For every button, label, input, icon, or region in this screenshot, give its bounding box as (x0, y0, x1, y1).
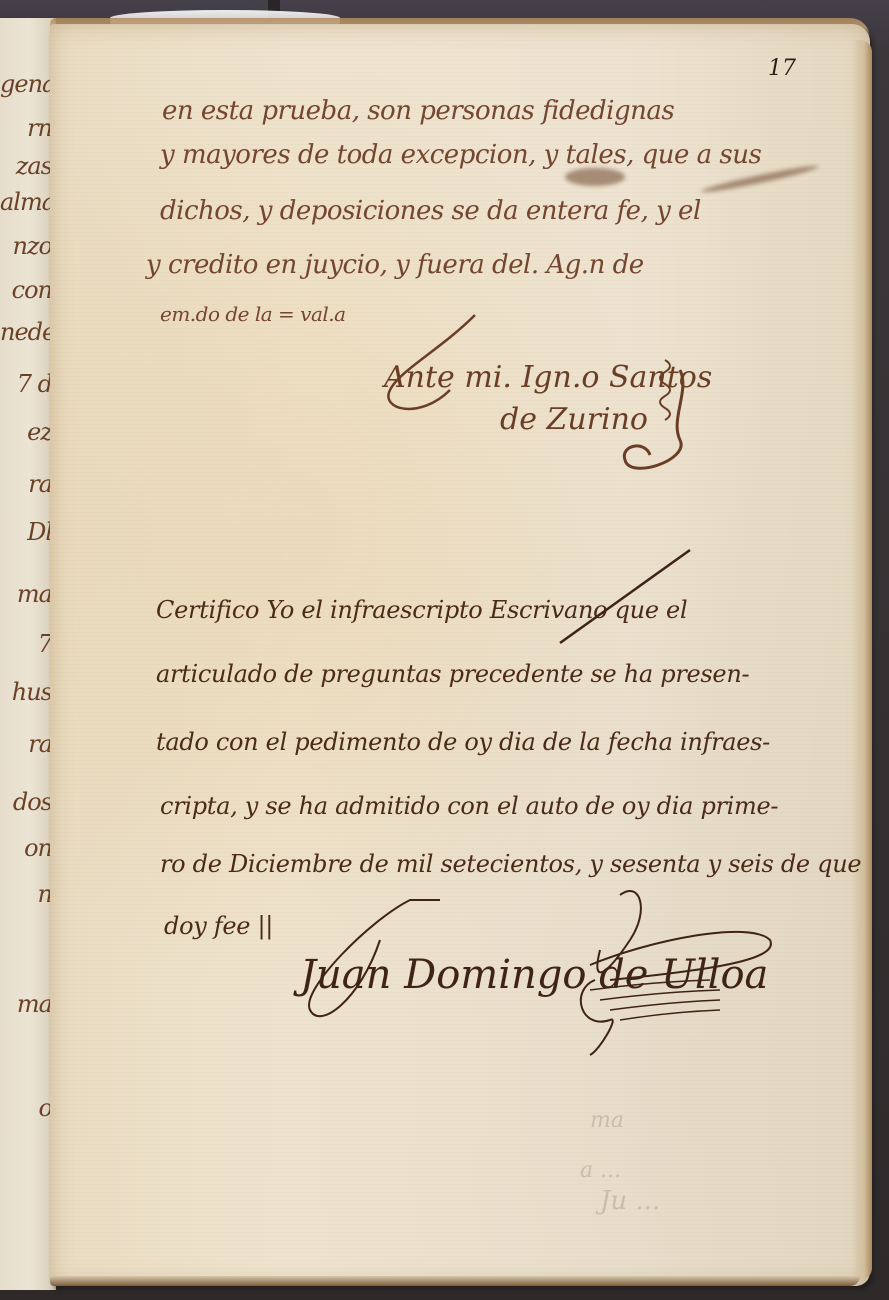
text-line: y credito en juycio, y fuera del. Ag.n d… (146, 250, 644, 280)
facing-page-text: nede (0, 318, 54, 346)
facing-page-text: ma (0, 990, 54, 1018)
signature-rubric-icon (290, 880, 790, 1060)
facing-page: gena rn zas alma nzo con nede 7 d ez ra … (0, 18, 56, 1290)
facing-page-text: gena (0, 70, 54, 98)
facing-page-text: hus (0, 678, 54, 706)
bleed-through-text: a ... (580, 1158, 621, 1183)
facing-page-text: on (0, 834, 54, 862)
bleed-through-text: Ju ... (600, 1186, 660, 1216)
text-line: dichos, y deposiciones se da entera fe, … (160, 196, 701, 226)
bleed-through-text: ma (590, 1108, 624, 1133)
facing-page-text: n (0, 880, 54, 908)
folio-bottom-edge (50, 1276, 860, 1286)
folio-right-edge (852, 40, 872, 1280)
manuscript-scene: gena rn zas alma nzo con nede 7 d ez ra … (0, 0, 889, 1300)
text-line: articulado de preguntas precedente se ha… (156, 660, 749, 688)
facing-page-text: 7 d (0, 370, 54, 398)
facing-page-text: con (0, 276, 54, 304)
facing-page-text: ra (0, 470, 54, 498)
signature-flourish-icon (380, 310, 710, 490)
facing-page-text: ra (0, 730, 54, 758)
facing-page-text: rn (0, 114, 54, 142)
facing-page-text: zas (0, 152, 54, 180)
facing-page-text: 7 (0, 630, 54, 658)
facing-page-text: dos (0, 788, 54, 816)
text-line: tado con el pedimento de oy dia de la fe… (156, 728, 770, 756)
facing-page-text: o (0, 1094, 54, 1122)
facing-page-text: nzo (0, 232, 54, 260)
text-line: en esta prueba, son personas fidedignas (162, 96, 674, 126)
strike-stroke-icon (540, 548, 700, 648)
facing-page-text: Dl (0, 518, 54, 546)
page-number: 17 (768, 56, 796, 81)
text-line: em.do de la = val.a (160, 302, 346, 326)
text-line: ro de Diciembre de mil setecientos, y se… (160, 850, 861, 878)
facing-page-text: ma (0, 580, 54, 608)
text-line: cripta, y se ha admitido con el auto de … (160, 792, 778, 820)
facing-page-text: alma (0, 188, 54, 216)
text-line: y mayores de toda excepcion, y tales, qu… (160, 140, 761, 170)
text-line: doy fee || (164, 912, 273, 940)
facing-page-text: ez (0, 418, 54, 446)
ink-blot (565, 168, 625, 186)
